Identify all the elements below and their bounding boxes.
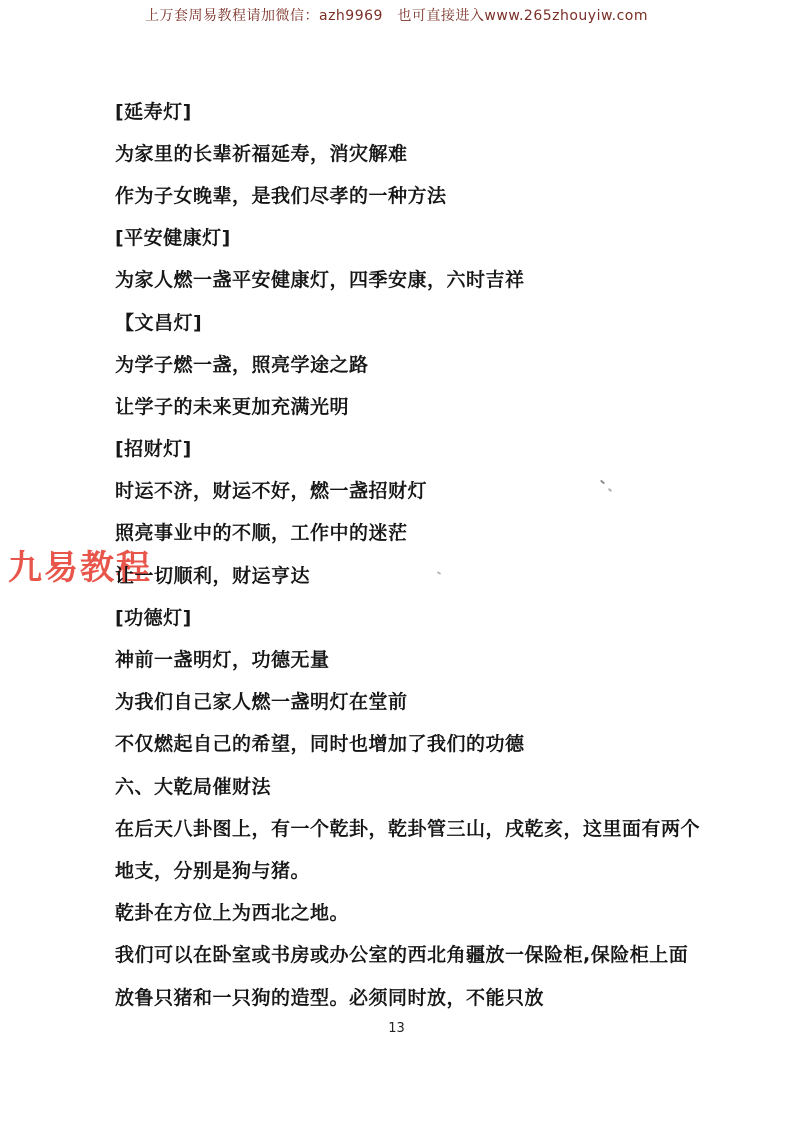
paragraph-line: 作为子女晚辈，是我们尽孝的一种方法 xyxy=(115,173,753,215)
paragraph-line: 为家人燃一盏平安健康灯，四季安康，六时吉祥 xyxy=(115,258,753,300)
paragraph-line: 不仅燃起自己的希望，同时也增加了我们的功德 xyxy=(115,722,753,764)
paragraph-line: 为学子燃一盏，照亮学途之路 xyxy=(115,342,753,384)
paragraph-line: 为家里的长辈祈福延寿，消灾解难 xyxy=(115,131,753,173)
paragraph-line: 放鲁只猪和一只狗的造型。必须同时放，不能只放 xyxy=(115,975,753,1017)
section-heading: [功德灯] xyxy=(115,595,753,637)
page-number: 13 xyxy=(0,1021,793,1036)
page-header: 上万套周易教程请加微信：azh9969 也可直接进入www.265zhouyiw… xyxy=(0,5,793,25)
header-promo-text: 上万套周易教程请加微信：azh9969 也可直接进入www.265zhouyiw… xyxy=(145,8,648,24)
paragraph-line: 神前一盏明灯，功德无量 xyxy=(115,637,753,679)
paragraph-line: 时运不济，财运不好，燃一盏招财灯 xyxy=(115,469,753,511)
paragraph-line: 在后天八卦图上，有一个乾卦，乾卦管三山，戌乾亥，这里面有两个 xyxy=(115,806,753,848)
section-heading: [招财灯] xyxy=(115,427,753,469)
document-body: [延寿灯] 为家里的长辈祈福延寿，消灾解难 作为子女晚辈，是我们尽孝的一种方法 … xyxy=(115,89,753,1017)
paragraph-line: 我们可以在卧室或书房或办公室的西北角疆放一保险柜,保险柜上面 xyxy=(115,933,753,975)
paragraph-line: 为我们自己家人燃一盏明灯在堂前 xyxy=(115,680,753,722)
section-heading: 六、大乾局催财法 xyxy=(115,764,753,806)
scanned-document-page: 上万套周易教程请加微信：azh9969 也可直接进入www.265zhouyiw… xyxy=(0,0,793,1121)
section-heading: [延寿灯] xyxy=(115,89,753,131)
paragraph-line: 让一切顺利，财运亨达 xyxy=(115,553,753,595)
paragraph-line: 照亮事业中的不顺，工作中的迷茫 xyxy=(115,511,753,553)
paragraph-line: 地支，分别是狗与猪。 xyxy=(115,848,753,890)
paragraph-line: 乾卦在方位上为西北之地。 xyxy=(115,891,753,933)
paragraph-line: 让学子的未来更加充满光明 xyxy=(115,384,753,426)
section-heading: [平安健康灯] xyxy=(115,216,753,258)
section-heading: 【文昌灯] xyxy=(115,300,753,342)
